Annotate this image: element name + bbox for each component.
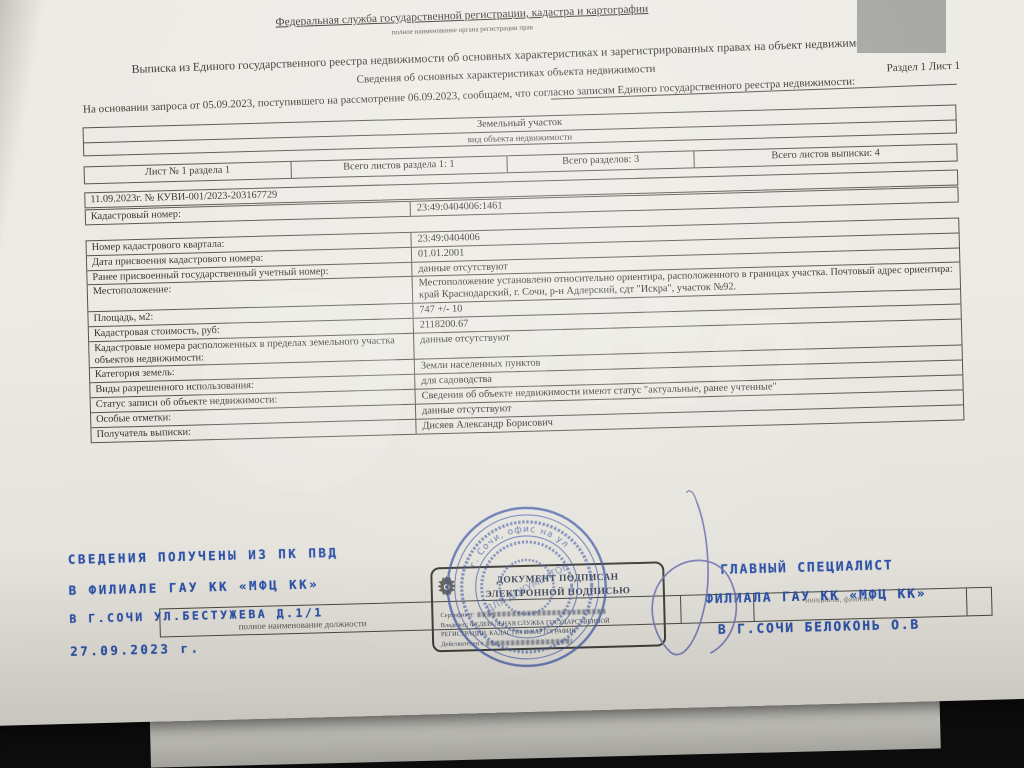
count-cell: Всего разделов: 3 (507, 151, 695, 172)
count-cell: Всего листов выписки: 4 (695, 145, 957, 168)
form-divider (966, 588, 968, 615)
round-seal-stamp: г. Сочи, офис на ул ДЛЯ ДОКУМЕНТОВ (441, 501, 613, 673)
paper-sheet: Федеральная служба государственной регис… (0, 0, 1024, 727)
seal-arc-text: г. Сочи, офис на ул (468, 524, 572, 570)
received-stamp-line: 27.09.2023 г. (70, 640, 201, 658)
document-photo: Федеральная служба государственной регис… (0, 0, 1024, 768)
svg-text:г. Сочи, офис на ул: г. Сочи, офис на ул (468, 524, 572, 570)
characteristics-table: Номер кадастрового квартала: 23:49:04040… (85, 217, 964, 442)
received-stamp-line: СВЕДЕНИЯ ПОЛУЧЕНЫ ИЗ ПК ПВД (68, 545, 339, 567)
document-content: Федеральная служба государственной регис… (0, 0, 1024, 725)
seal-center-text: ДЛЯ ДОКУМЕНТОВ (484, 561, 571, 615)
handwritten-signature (634, 481, 779, 680)
gray-patch (857, 0, 946, 53)
count-cell: Всего листов раздела 1: 1 (291, 156, 508, 178)
count-cell: Лист № 1 раздела 1 (85, 162, 292, 183)
received-stamp-line: В ФИЛИАЛЕ ГАУ КК «МФЦ КК» (68, 576, 319, 598)
